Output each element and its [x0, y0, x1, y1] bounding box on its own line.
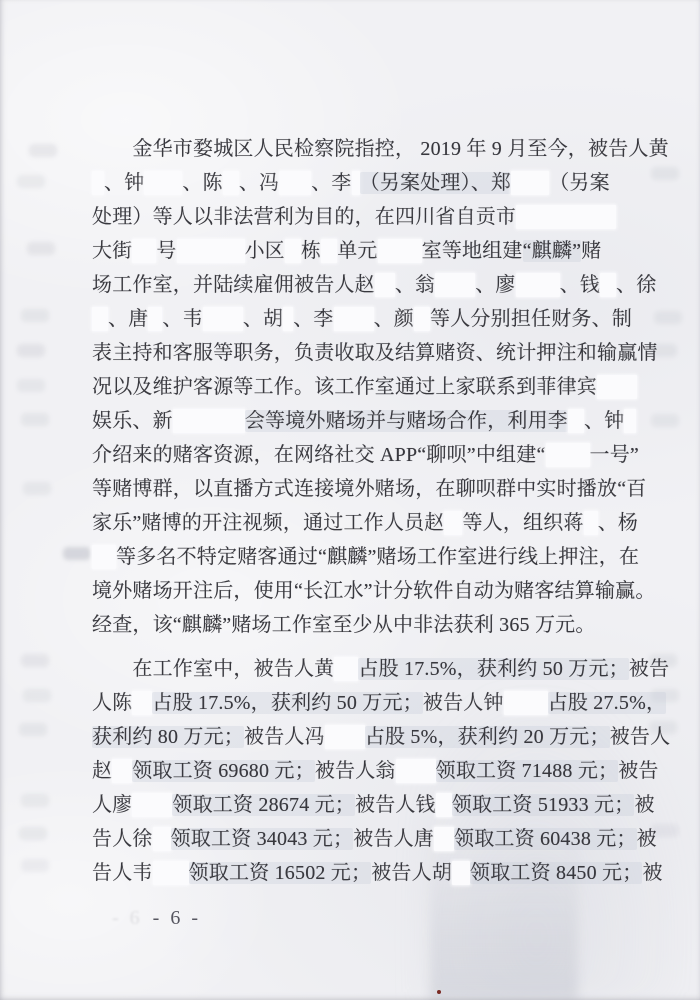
- page-number-ghost: - 6: [112, 903, 143, 933]
- text-segment: 、李: [311, 172, 351, 194]
- page-number: - 6- 6 -: [112, 903, 201, 933]
- text-segment: 经查，该“麒麟”赌场工作室至少从中非法获利 365 万元。: [92, 614, 596, 636]
- text-segment: 、钟: [584, 410, 624, 432]
- redaction-box: [584, 511, 598, 535]
- text-segment: 家乐”赌博的开注视频，通过工作人员赵: [92, 512, 444, 534]
- text-segment: 号: [156, 240, 176, 262]
- text-line: 告人徐领取工资 34043 元；被告人唐领取工资 60438 元；被: [92, 822, 652, 856]
- text-segment: 单元: [337, 240, 377, 262]
- text-segment: 被: [634, 794, 654, 816]
- text-segment: 、钱: [560, 274, 600, 296]
- text-segment: 被告人胡: [371, 862, 452, 884]
- text-segment: 、翁: [395, 274, 435, 296]
- text-segment: 、杨: [598, 512, 638, 534]
- redaction-box: [223, 171, 239, 195]
- text-segment: 被: [637, 828, 657, 850]
- text-segment: 、冯: [239, 172, 279, 194]
- redaction-box: [352, 171, 360, 195]
- text-segment: 领取工资 69680 元；: [132, 760, 315, 782]
- text-segment: （另案处理）、郑: [360, 172, 512, 194]
- redaction-box: [153, 861, 189, 885]
- text-segment: 、陈: [182, 172, 222, 194]
- text-segment: “麒麟”: [523, 240, 582, 262]
- text-line: 、钟、陈、冯、李（另案处理）、郑（另案: [92, 166, 652, 200]
- text-segment: 、徐: [616, 274, 656, 296]
- redaction-box: [148, 307, 162, 331]
- text-segment: 金华市婺城区人民检察院指控， 2019 年 9 月至今，被告人黄: [92, 138, 669, 160]
- text-segment: 等人，组织蒋: [462, 512, 583, 534]
- redaction-box: [203, 307, 243, 331]
- text-line: 人陈占股 17.5%，获利约 50 万元；被告人钟占股 27.5%，: [92, 686, 652, 720]
- redaction-box: [132, 793, 172, 817]
- text-segment: 领取工资 34043 元；: [171, 828, 354, 850]
- redaction-box: [285, 239, 301, 263]
- redaction-box: [435, 273, 475, 297]
- redaction-box: [325, 725, 365, 749]
- text-segment: 在工作室中，被告人黄: [92, 658, 334, 680]
- text-line: 告人韦领取工资 16502 元；被告人胡领取工资 8450 元；被: [92, 856, 652, 890]
- document-page: 金华市婺城区人民检察院指控， 2019 年 9 月至今，被告人黄、钟、陈、冯、李…: [0, 0, 700, 1000]
- text-segment: 栋: [301, 240, 321, 262]
- text-segment: 室等地组建: [422, 240, 523, 262]
- text-segment: 、廖: [475, 274, 515, 296]
- redaction-box: [511, 171, 549, 195]
- redaction-box: [600, 273, 616, 297]
- text-segment: 、唐: [108, 308, 148, 330]
- text-line: 家乐”赌博的开注视频，通过工作人员赵等人，组织蒋、杨: [92, 506, 652, 540]
- redaction-box: [444, 511, 462, 535]
- text-segment: 小区: [245, 240, 285, 262]
- bleed-through-marks: [0, 0, 26, 11]
- text-segment: 人陈: [92, 692, 132, 714]
- text-segment: 被告人: [610, 726, 671, 748]
- redaction-box: [436, 793, 452, 817]
- text-segment: 占股 27.5%，: [548, 692, 666, 714]
- text-segment: 获利约 80 万元；: [92, 726, 244, 748]
- redaction-box: [92, 307, 108, 331]
- text-segment: 境外赌场开注后，使用“长江水”计分软件自动为赌客结算输赢。: [92, 580, 656, 602]
- text-segment: 占股 5%，获利约 20 万元；: [365, 726, 610, 748]
- text-segment: 娱乐、新: [92, 410, 173, 432]
- redaction-box: [516, 205, 616, 229]
- text-segment: 领取工资 16502 元；: [189, 862, 372, 884]
- text-segment: 大街: [92, 240, 132, 262]
- redaction-box: [546, 443, 590, 467]
- text-segment: 被告: [629, 658, 669, 680]
- redaction-box: [452, 861, 470, 885]
- text-segment: 等人分别担任财务、制: [430, 308, 632, 330]
- redaction-box: [283, 307, 293, 331]
- text-segment: 领取工资 28674 元；: [172, 794, 355, 816]
- text-line: 场工作室，并陆续雇佣被告人赵、翁、廖、钱、徐: [92, 268, 652, 302]
- redaction-box: [414, 307, 430, 331]
- text-segment: 一号”: [590, 444, 639, 466]
- text-segment: 被告人唐: [353, 828, 434, 850]
- redaction-box: [92, 171, 104, 195]
- redaction-box: [504, 691, 548, 715]
- text-segment: 告人韦: [92, 862, 153, 884]
- text-line: 等多名不特定赌客通过“麒麟”赌场工作室进行线上押注，在: [92, 540, 652, 574]
- redaction-box: [92, 545, 116, 569]
- text-segment: （另案: [549, 172, 610, 194]
- text-segment: 等赌博群，以直播方式连接境外赌场，在聊呗群中实时播放“百: [92, 478, 646, 500]
- redaction-box: [173, 409, 245, 433]
- text-line: 表主持和客服等职务，负责收取及结算赌资、统计押注和输赢情: [92, 336, 652, 370]
- text-line: 处理）等人以非法营利为目的，在四川省自贡市: [92, 200, 652, 234]
- text-segment: 被告: [618, 760, 658, 782]
- text-segment: 告人徐: [92, 828, 153, 850]
- redaction-box: [624, 409, 636, 433]
- redaction-box: [396, 759, 436, 783]
- redaction-box: [516, 273, 560, 297]
- text-segment: 况以及维护客源等工作。该工作室通过上家联系到菲律宾: [92, 376, 597, 398]
- text-segment: 、胡: [243, 308, 283, 330]
- text-segment: 被: [642, 862, 662, 884]
- text-segment: 占股 17.5%，获利约 50 万元；: [358, 658, 628, 680]
- redaction-box: [177, 239, 245, 263]
- text-segment: 表主持和客服等职务，负责收取及结算赌资、统计押注和输赢情: [92, 342, 658, 364]
- text-line: 、唐、韦、胡、李、颜等人分别担任财务、制: [92, 302, 652, 336]
- redaction-box: [132, 239, 156, 263]
- text-segment: 等多名不特定赌客通过“麒麟”赌场工作室进行线上押注，在: [116, 546, 639, 568]
- redaction-box: [144, 171, 182, 195]
- redaction-box: [334, 657, 358, 681]
- redaction-box: [378, 239, 422, 263]
- text-segment: 领取工资 71488 元；: [436, 760, 619, 782]
- red-speck: [437, 990, 441, 994]
- redaction-box: [112, 759, 132, 783]
- text-segment: 处理）等人以非法营利为目的，在四川省自贡市: [92, 206, 516, 228]
- redaction-box: [375, 273, 395, 297]
- text-segment: 领取工资 8450 元；: [470, 862, 642, 884]
- redaction-box: [153, 827, 171, 851]
- text-segment: 领取工资 51933 元；: [452, 794, 635, 816]
- redaction-box: [132, 691, 152, 715]
- text-segment: 赵: [92, 760, 112, 782]
- redaction-box: [597, 375, 637, 399]
- text-segment: 赌: [581, 240, 601, 262]
- text-line: 人廖领取工资 28674 元；被告人钱领取工资 51933 元；被: [92, 788, 652, 822]
- text-segment: 介绍来的赌客资源，在网络社交 APP“聊呗”中组建“: [92, 444, 546, 466]
- text-segment: 人廖: [92, 794, 132, 816]
- document-text: 金华市婺城区人民检察院指控， 2019 年 9 月至今，被告人黄、钟、陈、冯、李…: [92, 132, 652, 890]
- text-line: 金华市婺城区人民检察院指控， 2019 年 9 月至今，被告人黄: [92, 132, 652, 166]
- text-line: 大街号小区栋单元室等地组建“麒麟”赌: [92, 234, 652, 268]
- text-segment: 、颜: [374, 308, 414, 330]
- text-segment: 被告人翁: [315, 760, 396, 782]
- text-segment: 会等境外赌场并与赌场合作，利用李: [245, 410, 568, 432]
- text-segment: 占股 17.5%，获利约 50 万元；: [152, 692, 422, 714]
- text-segment: 被告人钟: [423, 692, 504, 714]
- page-number-label: - 6 -: [153, 907, 201, 929]
- text-line: 获利约 80 万元；被告人冯占股 5%，获利约 20 万元；被告人: [92, 720, 652, 754]
- text-line: 在工作室中，被告人黄占股 17.5%，获利约 50 万元；被告: [92, 652, 652, 686]
- text-segment: 被告人钱: [355, 794, 436, 816]
- text-segment: 、钟: [104, 172, 144, 194]
- text-line: 介绍来的赌客资源，在网络社交 APP“聊呗”中组建“一号”: [92, 438, 652, 472]
- text-line: 娱乐、新会等境外赌场并与赌场合作，利用李、钟: [92, 404, 652, 438]
- redaction-box: [568, 409, 584, 433]
- redaction-box: [334, 307, 374, 331]
- text-segment: 场工作室，并陆续雇佣被告人赵: [92, 274, 375, 296]
- text-segment: 、韦: [162, 308, 202, 330]
- text-segment: 领取工资 60438 元；: [454, 828, 637, 850]
- redaction-box: [434, 827, 454, 851]
- text-line: 经查，该“麒麟”赌场工作室至少从中非法获利 365 万元。: [92, 608, 652, 642]
- text-line: 境外赌场开注后，使用“长江水”计分软件自动为赌客结算输赢。: [92, 574, 652, 608]
- text-line: 况以及维护客源等工作。该工作室通过上家联系到菲律宾: [92, 370, 652, 404]
- text-line: 等赌博群，以直播方式连接境外赌场，在聊呗群中实时播放“百: [92, 472, 652, 506]
- redaction-box: [279, 171, 311, 195]
- redaction-box: [321, 239, 337, 263]
- text-line: 赵领取工资 69680 元；被告人翁领取工资 71488 元；被告: [92, 754, 652, 788]
- text-segment: 被告人冯: [244, 726, 325, 748]
- text-segment: 、李: [293, 308, 333, 330]
